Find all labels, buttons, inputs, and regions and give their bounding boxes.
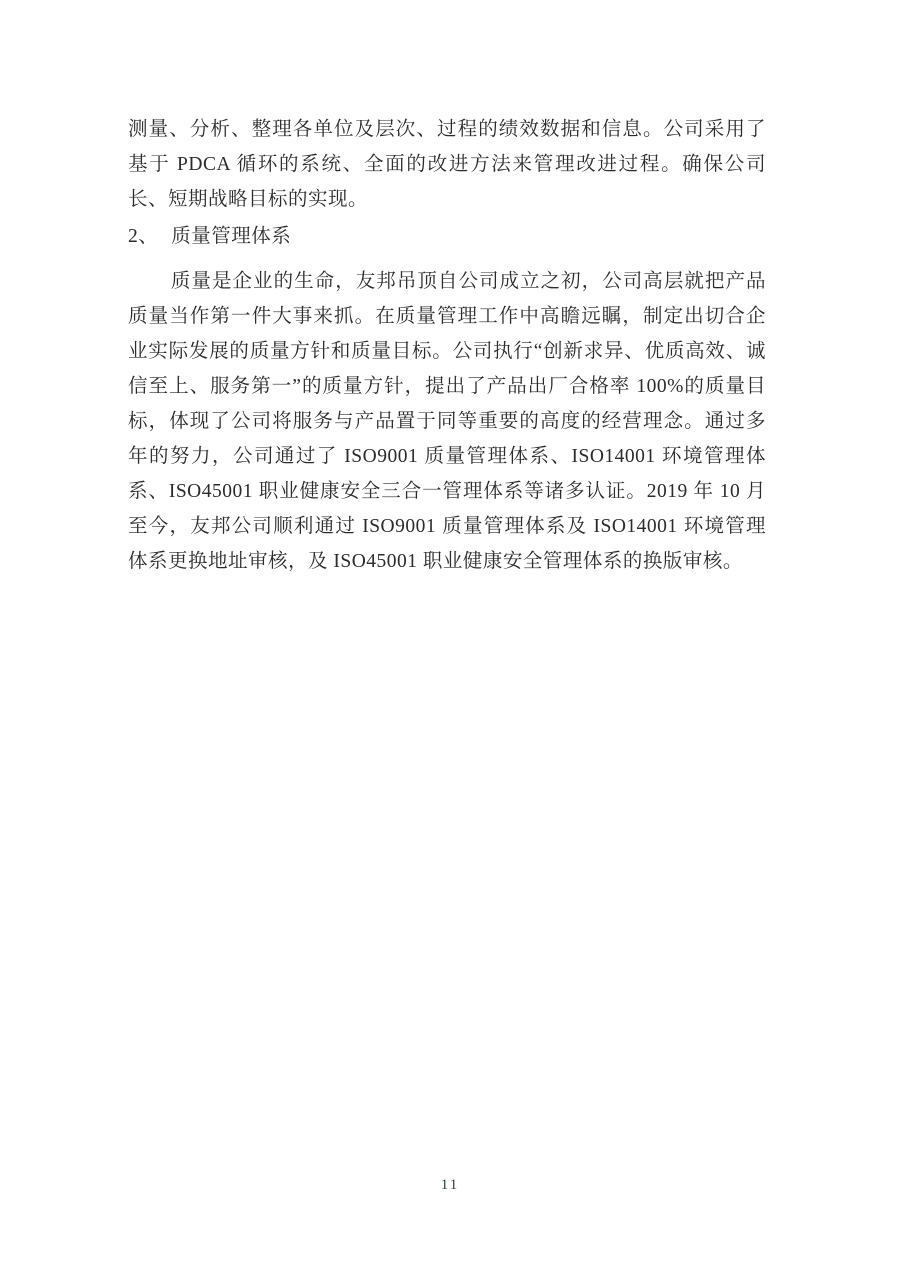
paragraph-continued: 测量、分析、整理各单位及层次、过程的绩效数据和信息。公司采用了基于 PDCA 循… (128, 112, 766, 217)
document-page: 测量、分析、整理各单位及层次、过程的绩效数据和信息。公司采用了基于 PDCA 循… (0, 0, 900, 1273)
document-body: 测量、分析、整理各单位及层次、过程的绩效数据和信息。公司采用了基于 PDCA 循… (128, 112, 766, 579)
page-number: 11 (0, 1176, 900, 1194)
paragraph-quality-system: 质量是企业的生命，友邦吊顶自公司成立之初，公司高层就把产品质量当作第一件大事来抓… (128, 264, 766, 579)
section-title: 质量管理体系 (171, 226, 291, 247)
section-heading: 2、质量管理体系 (128, 219, 766, 254)
section-number: 2、 (128, 226, 158, 247)
